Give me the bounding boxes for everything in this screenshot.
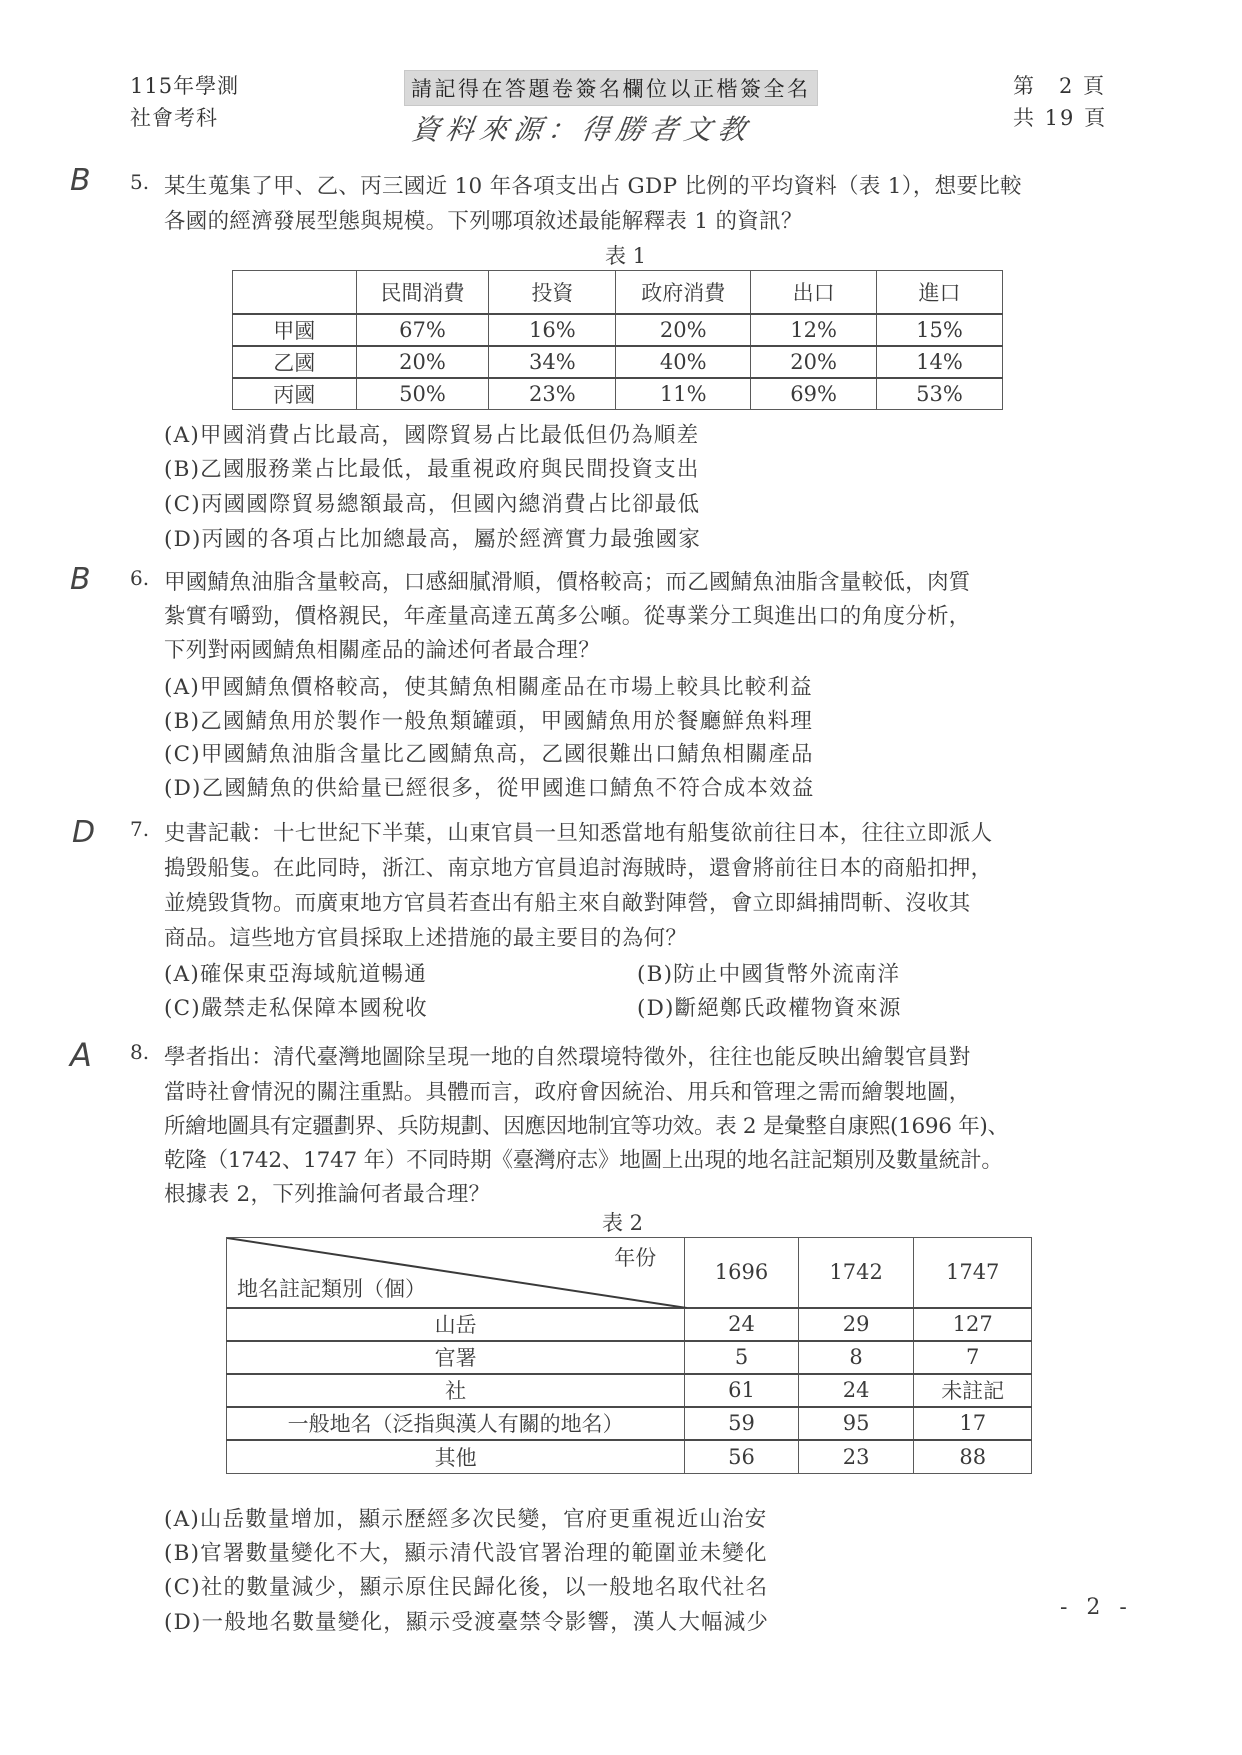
- answer-option-d: (D)乙國鯖魚的供給量已經很多，從甲國進口鯖魚不符合成本效益: [164, 771, 815, 802]
- year-header: 1742: [798, 1238, 914, 1308]
- answer-option-c: (C)嚴禁走私保障本國稅收: [164, 991, 428, 1022]
- question-stem-line: 下列對兩國鯖魚相關產品的論述何者最合理？: [164, 633, 600, 664]
- answer-option-d: (D)一般地名數量變化，顯示受渡臺禁令影響，漢人大幅減少: [164, 1605, 769, 1636]
- answer-option-a: (A)山岳數量增加，顯示歷經多次民變，官府更重視近山治安: [164, 1502, 767, 1533]
- exam-year: 115年學測: [130, 70, 239, 100]
- page-number-footer: - 2 -: [1060, 1595, 1133, 1620]
- page-label: 第 2 頁: [1013, 70, 1106, 100]
- table-cell: 69%: [751, 378, 877, 410]
- question-stem-line: 甲國鯖魚油脂含量較高，口感細膩滑順，價格較高；而乙國鯖魚油脂含量較低，肉質: [164, 565, 971, 596]
- table-cell: 61: [685, 1374, 799, 1407]
- answer-option-a: (A)甲國消費占比最高，國際貿易占比最低但仍為順差: [164, 418, 699, 449]
- answer-option-c: (C)甲國鯖魚油脂含量比乙國鯖魚高，乙國很難出口鯖魚相關產品: [164, 737, 814, 768]
- table-cell: 7: [914, 1341, 1032, 1374]
- answer-option-d: (D)丙國的各項占比加總最高，屬於經濟實力最強國家: [164, 522, 701, 553]
- table-cell: 15%: [877, 314, 1003, 346]
- question-stem-line: 根據表 2，下列推論何者最合理？: [164, 1177, 490, 1208]
- table-cell: 11%: [616, 378, 751, 410]
- column-header: 民間消費: [356, 271, 489, 314]
- table-cell: 14%: [877, 346, 1003, 378]
- question-stem-line: 所繪地圖具有定疆劃界、兵防規劃、因應因地制宜等功效。表 2 是彙整自康熙(169…: [164, 1109, 1009, 1140]
- table-caption: 表 2: [602, 1207, 643, 1237]
- year-header: 1747: [914, 1238, 1032, 1308]
- table-caption: 表 1: [605, 240, 646, 270]
- row-label: 乙國: [233, 346, 357, 378]
- table-cell: 23: [798, 1440, 914, 1474]
- column-header: 進口: [877, 271, 1003, 314]
- table-cell: 53%: [877, 378, 1003, 410]
- answer-option-a: (A)甲國鯖魚價格較高，使其鯖魚相關產品在市場上較具比較利益: [164, 670, 813, 701]
- table-header-row: 民間消費 投資 政府消費 出口 進口: [233, 271, 1003, 314]
- column-header: 政府消費: [616, 271, 751, 314]
- answer-option-b: (B)乙國服務業占比最低，最重視政府與民間投資支出: [164, 452, 700, 483]
- corner-label-category: 地名註記類別（個）: [237, 1273, 426, 1303]
- table-row: 其他 56 23 88: [227, 1440, 1032, 1474]
- question-stem-line: 搗毀船隻。在此同時，浙江、南京地方官員追討海賊時，還會將前往日本的商船扣押，: [164, 851, 992, 882]
- table-row: 一般地名（泛指與漢人有關的地名） 59 95 17: [227, 1407, 1032, 1440]
- answer-option-b: (B)官署數量變化不大，顯示清代設官署治理的範圍並未變化: [164, 1536, 768, 1567]
- column-header: 出口: [751, 271, 877, 314]
- table-cell: 56: [685, 1440, 799, 1474]
- row-label: 社: [227, 1374, 685, 1407]
- handwritten-answer-mark: D: [72, 815, 95, 850]
- table-cell: 127: [914, 1308, 1032, 1341]
- total-pages: 共 19 頁: [1013, 102, 1107, 132]
- table-cell: 50%: [356, 378, 489, 410]
- question-stem-line: 史書記載：十七世紀下半葉，山東官員一旦知悉當地有船隻欲前往日本，往往立即派人: [164, 816, 992, 847]
- answer-option-c: (C)社的數量減少，顯示原住民歸化後，以一般地名取代社名: [164, 1570, 768, 1601]
- question-stem-line: 乾隆（1742、1747 年）不同時期《臺灣府志》地圖上出現的地名註記類別及數量…: [164, 1143, 1003, 1174]
- table-cell: 20%: [356, 346, 489, 378]
- table-cell: 88: [914, 1440, 1032, 1474]
- row-label: 一般地名（泛指與漢人有關的地名）: [227, 1407, 685, 1440]
- subject-name: 社會考科: [130, 102, 218, 132]
- row-label: 甲國: [233, 314, 357, 346]
- row-label: 其他: [227, 1440, 685, 1474]
- table-cell: 12%: [751, 314, 877, 346]
- table-cell: 24: [685, 1308, 799, 1341]
- column-header: 投資: [489, 271, 616, 314]
- answer-option-b: (B)乙國鯖魚用於製作一般魚類罐頭，甲國鯖魚用於餐廳鮮魚料理: [164, 704, 813, 735]
- table-cell: 29: [798, 1308, 914, 1341]
- answer-option-d: (D)斷絕鄭氏政權物資來源: [637, 991, 902, 1022]
- table-row: 乙國 20% 34% 40% 20% 14%: [233, 346, 1003, 378]
- table-row: 山岳 24 29 127: [227, 1308, 1032, 1341]
- table-cell: 20%: [616, 314, 751, 346]
- question-number: 8.: [130, 1040, 149, 1064]
- question-stem-line: 當時社會情況的關注重點。具體而言，政府會因統治、用兵和管理之需而繪製地圖，: [164, 1075, 971, 1106]
- gdp-expenditure-table: 民間消費 投資 政府消費 出口 進口 甲國 67% 16% 20% 12% 15…: [232, 270, 1003, 410]
- question-number: 5.: [130, 170, 149, 194]
- handwritten-answer-mark: A: [70, 1036, 92, 1074]
- diagonal-corner-cell: 年份 地名註記類別（個）: [227, 1238, 685, 1308]
- table-header-row: 年份 地名註記類別（個） 1696 1742 1747: [227, 1238, 1032, 1308]
- row-label: 丙國: [233, 378, 357, 410]
- table-cell: 40%: [616, 346, 751, 378]
- answer-option-a: (A)確保東亞海域航道暢通: [164, 957, 427, 988]
- row-label: 山岳: [227, 1308, 685, 1341]
- handwritten-source-note: 資料來源：得勝者文教: [409, 108, 755, 148]
- handwritten-answer-mark: B: [70, 562, 91, 597]
- table-row: 社 61 24 未註記: [227, 1374, 1032, 1407]
- table-cell: 未註記: [914, 1374, 1032, 1407]
- question-stem-line: 商品。這些地方官員採取上述措施的最主要目的為何？: [164, 921, 687, 952]
- handwritten-answer-mark: B: [70, 163, 91, 198]
- table-cell: 95: [798, 1407, 914, 1440]
- question-number: 6.: [130, 566, 149, 590]
- answer-option-c: (C)丙國國際貿易總額最高，但國內總消費占比卻最低: [164, 487, 700, 518]
- table-cell: 59: [685, 1407, 799, 1440]
- table-cell: 8: [798, 1341, 914, 1374]
- table-cell: 16%: [489, 314, 616, 346]
- question-stem-line: 某生蒐集了甲、乙、丙三國近 10 年各項支出占 GDP 比例的平均資料（表 1）…: [164, 169, 1022, 200]
- table-cell: 5: [685, 1341, 799, 1374]
- row-label: 官署: [227, 1341, 685, 1374]
- table-cell: 24: [798, 1374, 914, 1407]
- place-name-annotation-table: 年份 地名註記類別（個） 1696 1742 1747 山岳 24 29 127…: [226, 1237, 1032, 1474]
- question-stem-line: 各國的經濟發展型態與規模。下列哪項敘述最能解釋表 1 的資訊？: [164, 204, 803, 235]
- corner-label-year: 年份: [614, 1242, 656, 1272]
- answer-option-b: (B)防止中國貨幣外流南洋: [637, 957, 900, 988]
- question-stem-line: 並燒毀貨物。而廣東地方官員若查出有船主來自敵對陣營，會立即緝捕問斬、沒收其: [164, 886, 971, 917]
- table-cell: 67%: [356, 314, 489, 346]
- table-cell: 34%: [489, 346, 616, 378]
- table-cell: 17: [914, 1407, 1032, 1440]
- signature-reminder-banner: 請記得在答題卷簽名欄位以正楷簽全名: [404, 70, 818, 106]
- table-row: 甲國 67% 16% 20% 12% 15%: [233, 314, 1003, 346]
- table-corner-cell: [233, 271, 357, 314]
- question-stem-line: 紮實有嚼勁，價格親民，年產量高達五萬多公噸。從專業分工與進出口的角度分析，: [164, 599, 971, 630]
- table-row: 丙國 50% 23% 11% 69% 53%: [233, 378, 1003, 410]
- table-cell: 23%: [489, 378, 616, 410]
- question-stem-line: 學者指出：清代臺灣地圖除呈現一地的自然環境特徵外，往往也能反映出繪製官員對: [164, 1040, 971, 1071]
- question-number: 7.: [130, 817, 149, 841]
- year-header: 1696: [685, 1238, 799, 1308]
- table-row: 官署 5 8 7: [227, 1341, 1032, 1374]
- table-cell: 20%: [751, 346, 877, 378]
